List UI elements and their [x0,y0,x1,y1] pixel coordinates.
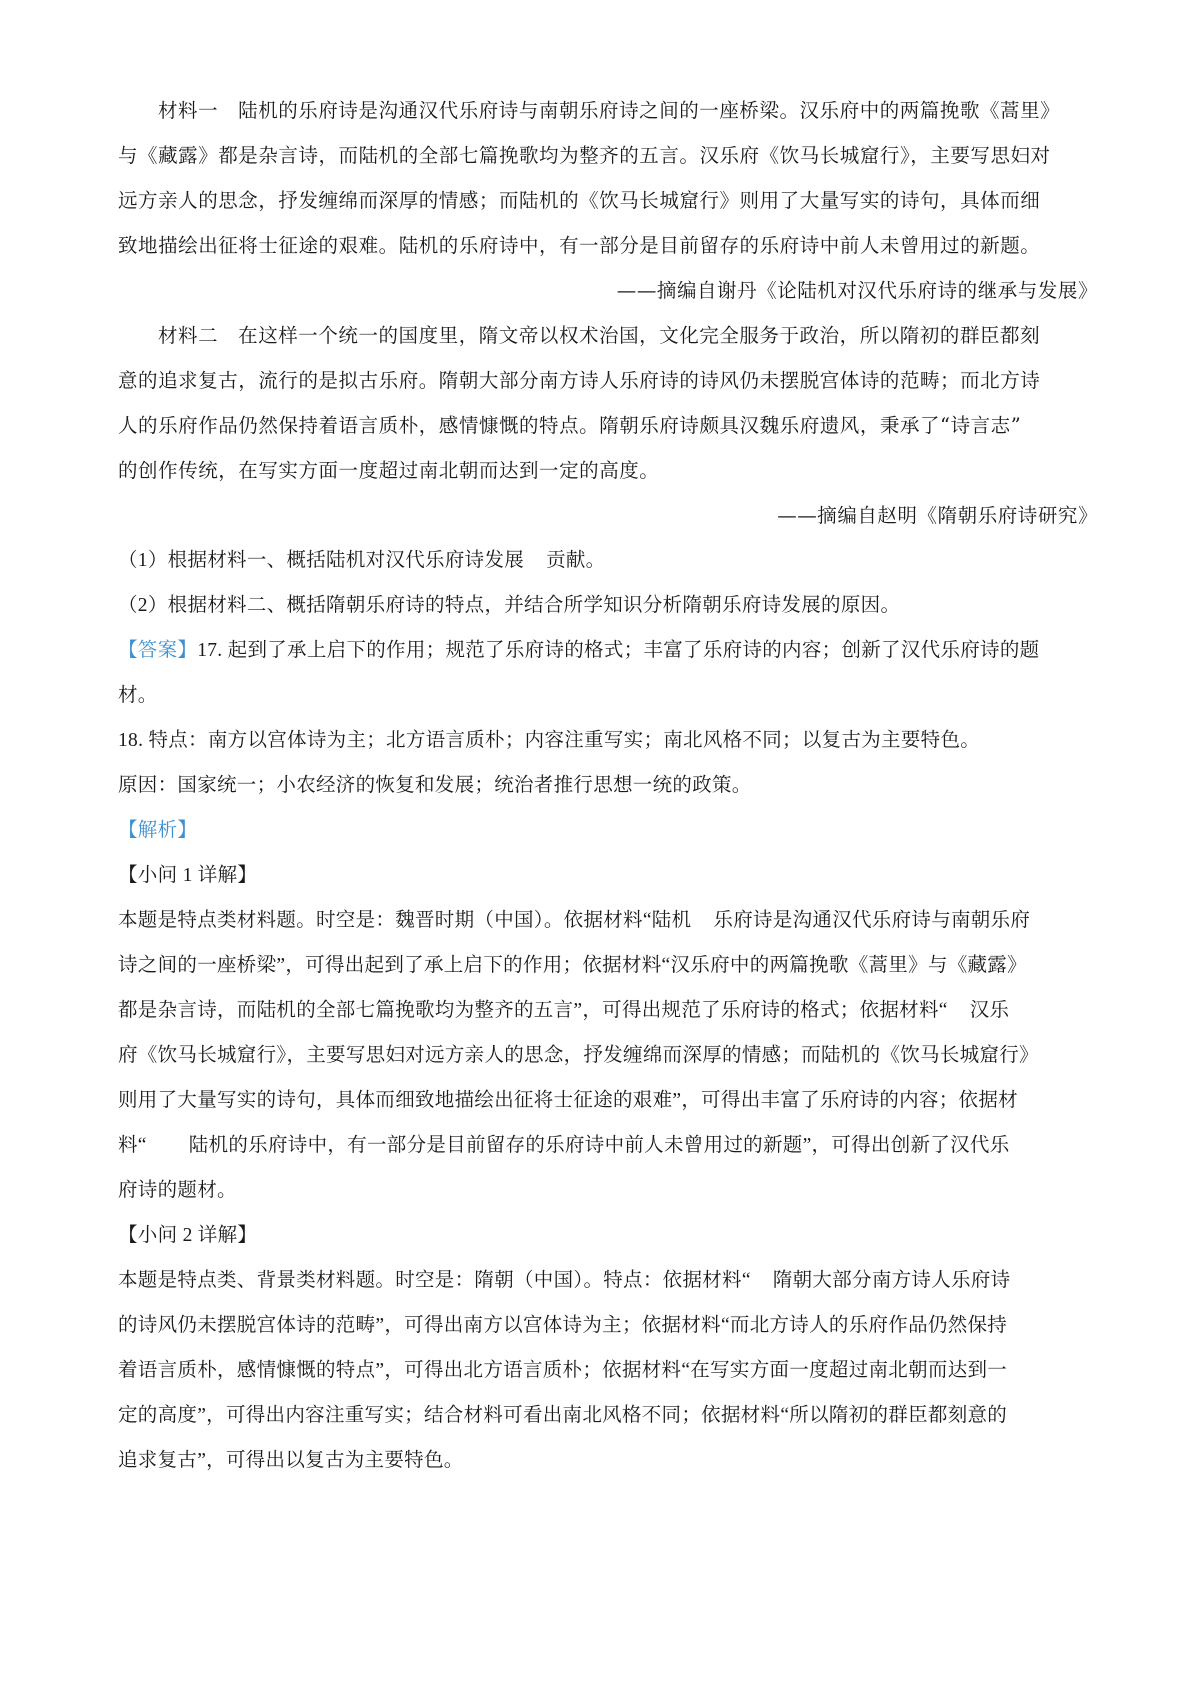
question-2: （2）根据材料二、概括隋朝乐府诗的特点，并结合所学知识分析隋朝乐府诗发展的原因。 [118,583,1098,628]
analysis-line: 都是杂言诗，而陆机的全部七篇挽歌均为整齐的五言”，可得出规范了乐府诗的格式；依据… [118,988,1098,1033]
material2-line: 材料二在这样一个统一的国度里，隋文帝以权术治国，文化完全服务于政治，所以隋初的群… [118,313,1098,358]
subquestion-2-title: 【小问 2 详解】 [118,1213,1098,1258]
analysis-line: 府《饮马长城窟行》，主要写思妇对远方亲人的思念，抒发缠绵而深厚的情感；而陆机的《… [118,1033,1098,1078]
analysis-line: 着语言质朴，感情慷慨的特点”，可得出北方语言质朴；依据材料“在写实方面一度超过南… [118,1348,1098,1393]
question-1: （1）根据材料一、概括陆机对汉代乐府诗发展贡献。 [118,538,1098,583]
material1-line: 材料一陆机的乐府诗是沟通汉代乐府诗与南朝乐府诗之间的一座桥梁。汉乐府中的两篇挽歌… [118,88,1098,133]
material2-line: 意的追求复古，流行的是拟古乐府。隋朝大部分南方诗人乐府诗的诗风仍未摆脱宫体诗的范… [118,358,1098,403]
answer-line: 【答案】17. 起到了承上启下的作用；规范了乐府诗的格式；丰富了乐府诗的内容；创… [118,628,1098,673]
material2-line: 人的乐府作品仍然保持着语言质朴，感情慷慨的特点。隋朝乐府诗颇具汉魏乐府遗风，秉承… [118,403,1098,448]
material1-source: ——摘编自谢丹《论陆机对汉代乐府诗的继承与发展》 [118,268,1098,313]
material2-label: 材料二 [158,324,218,347]
subquestion-1-title: 【小问 1 详解】 [118,853,1098,898]
analysis-line: 料“陆机的乐府诗中，有一部分是目前留存的乐府诗中前人未曾用过的新题”，可得出创新… [118,1123,1098,1168]
answer-label: 【答案】 [118,640,197,661]
analysis-line: 追求复古”，可得出以复古为主要特色。 [118,1438,1098,1483]
answer-line: 18. 特点：南方以宫体诗为主；北方语言质朴；内容注重写实；南北风格不同；以复古… [118,718,1098,763]
material2-line: 的创作传统，在写实方面一度超过南北朝而达到一定的高度。 [118,448,1098,493]
analysis-line: 本题是特点类材料题。时空是：魏晋时期（中国）。依据材料“陆机乐府诗是沟通汉代乐府… [118,898,1098,943]
analysis-label: 【解析】 [118,808,1098,853]
analysis-line: 府诗的题材。 [118,1168,1098,1213]
answer-line: 原因：国家统一；小农经济的恢复和发展；统治者推行思想一统的政策。 [118,763,1098,808]
answer-line: 材。 [118,673,1098,718]
material1-line: 致地描绘出征将士征途的艰难。陆机的乐府诗中，有一部分是目前留存的乐府诗中前人未曾… [118,223,1098,268]
material1-line: 远方亲人的思念，抒发缠绵而深厚的情感；而陆机的《饮马长城窟行》则用了大量写实的诗… [118,178,1098,223]
material2-source: ——摘编自赵明《隋朝乐府诗研究》 [118,493,1098,538]
analysis-line: 定的高度”，可得出内容注重写实；结合材料可看出南北风格不同；依据材料“所以隋初的… [118,1393,1098,1438]
analysis-line: 诗之间的一座桥梁”，可得出起到了承上启下的作用；依据材料“汉乐府中的两篇挽歌《蒿… [118,943,1098,988]
analysis-line: 的诗风仍未摆脱宫体诗的范畴”，可得出南方以宫体诗为主；依据材料“而北方诗人的乐府… [118,1303,1098,1348]
analysis-line: 则用了大量写实的诗句，具体而细致地描绘出征将士征途的艰难”，可得出丰富了乐府诗的… [118,1078,1098,1123]
material1-line: 与《藏露》都是杂言诗，而陆机的全部七篇挽歌均为整齐的五言。汉乐府《饮马长城窟行》… [118,133,1098,178]
document-page: 材料一陆机的乐府诗是沟通汉代乐府诗与南朝乐府诗之间的一座桥梁。汉乐府中的两篇挽歌… [118,88,1098,1483]
material1-label: 材料一 [158,99,218,122]
analysis-line: 本题是特点类、背景类材料题。时空是：隋朝（中国）。特点：依据材料“隋朝大部分南方… [118,1258,1098,1303]
